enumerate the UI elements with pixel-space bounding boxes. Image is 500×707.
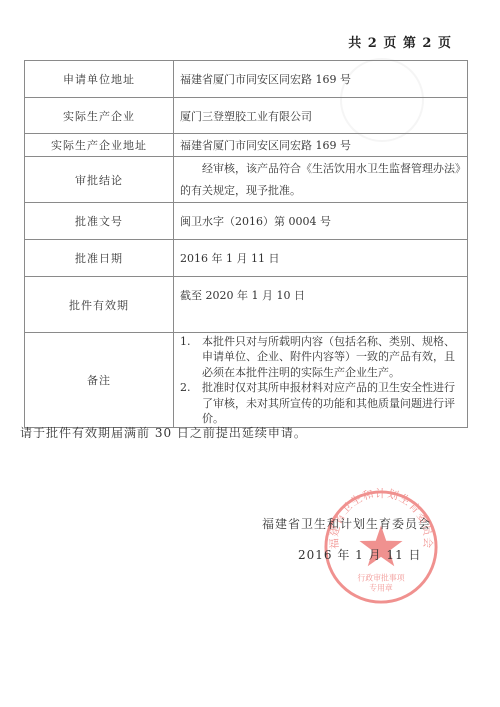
renewal-note: 请于批件有效期届满前 30 日之前提出延续申请。 <box>20 424 307 441</box>
note-item: 1. 本批件只对与所载明内容（包括名称、类别、规格、申请单位、企业、附件内容等）… <box>180 334 461 381</box>
row-value: 闽卫水字（2016）第 0004 号 <box>174 203 468 240</box>
approval-conclusion: 经审核，该产品符合《生活饮用水卫生监督管理办法》的有关规定，现予批准。 <box>180 158 461 202</box>
approval-table: 申请单位地址 福建省厦门市同安区同宏路 169 号 实际生产企业 厦门三登塑胶工… <box>24 60 468 428</box>
row-label: 申请单位地址 <box>25 61 174 98</box>
notes-list: 1. 本批件只对与所载明内容（包括名称、类别、规格、申请单位、企业、附件内容等）… <box>180 334 461 427</box>
svg-text:专用章: 专用章 <box>369 582 393 592</box>
row-value: 厦门三登塑胶工业有限公司 <box>174 98 468 134</box>
table-row: 实际生产企业地址 福建省厦门市同安区同宏路 169 号 <box>25 134 468 157</box>
table-row: 批准文号 闽卫水字（2016）第 0004 号 <box>25 203 468 240</box>
row-value: 2016 年 1 月 11 日 <box>174 240 468 277</box>
issuing-authority: 福建省卫生和计划生育委员会 <box>262 515 431 532</box>
note-item: 2. 批准时仅对其所申报材料对应产品的卫生安全性进行了审核，未对其所宣传的功能和… <box>180 380 461 427</box>
row-label: 批准文号 <box>25 203 174 240</box>
table-row: 申请单位地址 福建省厦门市同安区同宏路 169 号 <box>25 61 468 98</box>
table-row: 批准日期 2016 年 1 月 11 日 <box>25 240 468 277</box>
row-label: 实际生产企业 <box>25 98 174 134</box>
row-label: 批准日期 <box>25 240 174 277</box>
row-value: 福建省厦门市同安区同宏路 169 号 <box>174 134 468 157</box>
table-row: 实际生产企业 厦门三登塑胶工业有限公司 <box>25 98 468 134</box>
issue-date: 2016 年 1 月 11 日 <box>298 546 422 563</box>
row-label: 批件有效期 <box>25 277 174 333</box>
table-row: 备注 1. 本批件只对与所载明内容（包括名称、类别、规格、申请单位、企业、附件内… <box>25 333 468 428</box>
row-label: 实际生产企业地址 <box>25 134 174 157</box>
row-value: 福建省厦门市同安区同宏路 169 号 <box>174 61 468 98</box>
svg-text:行政审批事项: 行政审批事项 <box>357 572 404 582</box>
row-value: 截至 2020 年 1 月 10 日 <box>174 277 468 333</box>
table-row: 批件有效期 截至 2020 年 1 月 10 日 <box>25 277 468 333</box>
row-label: 审批结论 <box>25 157 174 203</box>
table-row: 审批结论 经审核，该产品符合《生活饮用水卫生监督管理办法》的有关规定，现予批准。 <box>25 157 468 203</box>
row-label: 备注 <box>25 333 174 428</box>
page-number-header: 共 2 页 第 2 页 <box>348 32 452 51</box>
